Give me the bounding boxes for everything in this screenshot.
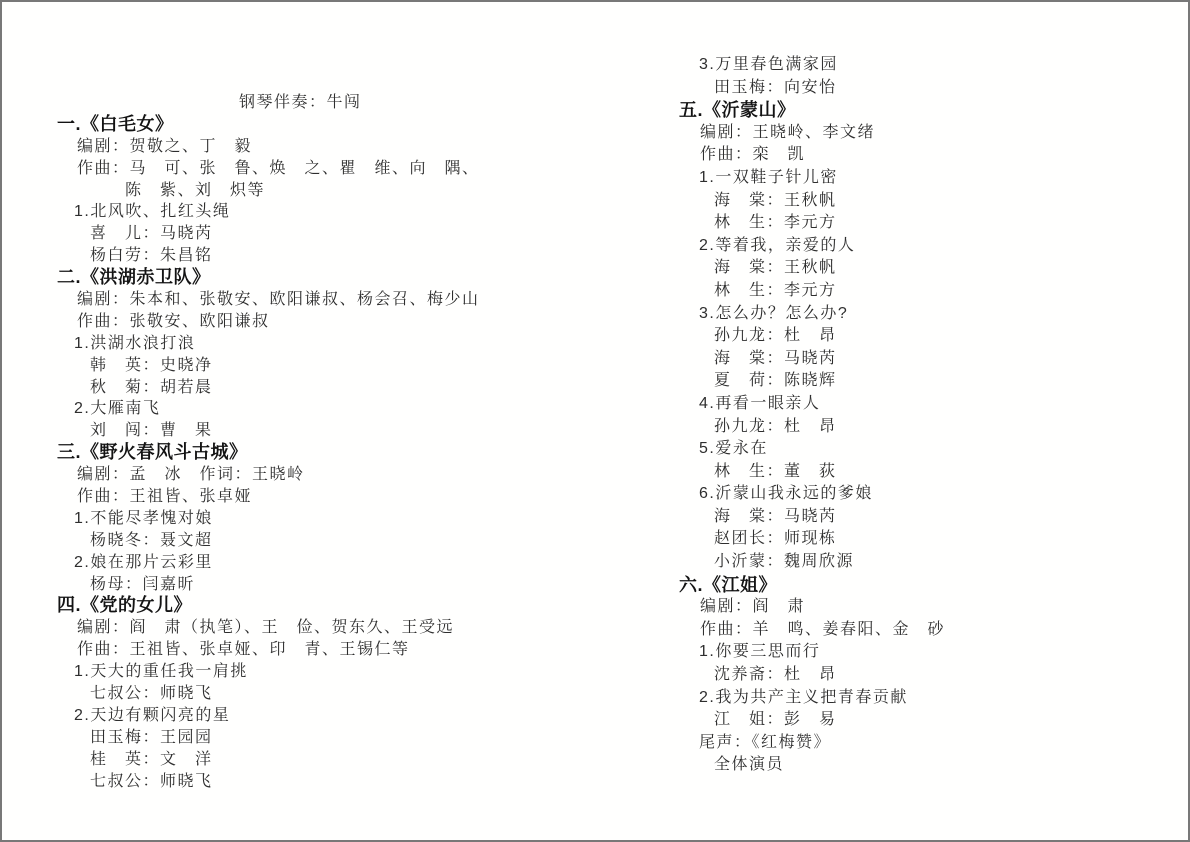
role-line: 海 棠：马晓芮 xyxy=(679,506,1159,529)
role-line: 喜 儿：马晓芮 xyxy=(57,223,637,245)
song-title-line: 6.沂蒙山我永远的爹娘 xyxy=(679,483,1159,506)
role-line: 田玉梅：向安怡 xyxy=(679,77,1159,100)
song-title-line: 2.天边有颗闪亮的星 xyxy=(57,705,637,727)
role-line: 杨母：闫嘉昕 xyxy=(57,574,637,596)
right-column: 3.万里春色满家园 田玉梅：向安怡 五.《沂蒙山》 编剧：王晓岭、李文绪 作曲：… xyxy=(679,54,1159,777)
credit-line: 编剧：阎 肃（执笔）、王 俭、贺东久、王受远 xyxy=(57,617,637,639)
role-line: 杨晓冬：聂文超 xyxy=(57,530,637,552)
role-line: 林 生：李元方 xyxy=(679,280,1159,303)
song-title-line: 2.大雁南飞 xyxy=(57,398,637,420)
song-title-line: 3.怎么办？怎么办? xyxy=(679,303,1159,326)
song-title-line: 3.万里春色满家园 xyxy=(679,54,1159,77)
role-line: 海 棠：马晓芮 xyxy=(679,348,1159,371)
song-title-line: 1.不能尽孝愧对娘 xyxy=(57,508,637,530)
role-line: 小沂蒙：魏周欣源 xyxy=(679,551,1159,574)
section-heading: 二.《洪湖赤卫队》 xyxy=(57,267,637,289)
role-line: 杨白劳：朱昌铭 xyxy=(57,245,637,267)
song-title-line: 4.再看一眼亲人 xyxy=(679,393,1159,416)
song-title-line: 2.等着我，亲爱的人 xyxy=(679,235,1159,258)
role-line: 沈养斋：杜 昂 xyxy=(679,664,1159,687)
role-line: 海 棠：王秋帆 xyxy=(679,257,1159,280)
credit-line: 作曲：马 可、张 鲁、焕 之、瞿 维、向 隅、 xyxy=(57,158,637,180)
credit-line: 作曲：羊 鸣、姜春阳、金 砂 xyxy=(679,619,1159,642)
credit-continuation-line: 陈 紫、刘 炽等 xyxy=(57,180,637,202)
credit-line: 编剧：孟 冰 作词：王晓岭 xyxy=(57,464,637,486)
credit-line: 作曲：王祖皆、张卓娅、印 青、王锡仁等 xyxy=(57,639,637,661)
role-line: 韩 英：史晓净 xyxy=(57,355,637,377)
section-heading: 四.《党的女儿》 xyxy=(57,595,637,617)
credit-line: 作曲：栾 凯 xyxy=(679,144,1159,167)
song-title-line: 1.一双鞋子针儿密 xyxy=(679,167,1159,190)
song-title-line: 5.爱永在 xyxy=(679,438,1159,461)
role-line: 林 生：董 荻 xyxy=(679,461,1159,484)
role-line: 田玉梅：王园园 xyxy=(57,727,637,749)
credit-line: 作曲：张敬安、欧阳谦叔 xyxy=(57,311,637,333)
role-line: 七叔公：师晓飞 xyxy=(57,771,637,793)
role-line: 海 棠：王秋帆 xyxy=(679,190,1159,213)
song-title-line: 1.你要三思而行 xyxy=(679,641,1159,664)
role-line: 赵团长：师现栋 xyxy=(679,528,1159,551)
song-title-line: 1.北风吹、扎红头绳 xyxy=(57,201,637,223)
role-line: 刘 闯：曹 果 xyxy=(57,420,637,442)
song-title-line: 1.天大的重任我一肩挑 xyxy=(57,661,637,683)
section-heading: 五.《沂蒙山》 xyxy=(679,99,1159,122)
left-column: 钢琴伴奏：牛闯 一.《白毛女》 编剧：贺敬之、丁 毅 作曲：马 可、张 鲁、焕 … xyxy=(57,92,637,793)
role-line: 桂 英：文 洋 xyxy=(57,749,637,771)
song-title-line: 2.娘在那片云彩里 xyxy=(57,552,637,574)
credit-line: 编剧：贺敬之、丁 毅 xyxy=(57,136,637,158)
section-heading: 一.《白毛女》 xyxy=(57,114,637,136)
coda-cast-line: 全体演员 xyxy=(679,754,1159,777)
credit-line: 编剧：阎 肃 xyxy=(679,596,1159,619)
role-line: 江 姐：彭 易 xyxy=(679,709,1159,732)
coda-line: 尾声：《红梅赞》 xyxy=(679,732,1159,755)
role-line: 夏 荷：陈晓辉 xyxy=(679,370,1159,393)
role-line: 林 生：李元方 xyxy=(679,212,1159,235)
role-line: 孙九龙：杜 昂 xyxy=(679,416,1159,439)
program-page: 钢琴伴奏：牛闯 一.《白毛女》 编剧：贺敬之、丁 毅 作曲：马 可、张 鲁、焕 … xyxy=(0,0,1190,842)
section-heading: 三.《野火春风斗古城》 xyxy=(57,442,637,464)
role-line: 秋 菊：胡若晨 xyxy=(57,377,637,399)
song-title-line: 1.洪湖水浪打浪 xyxy=(57,333,637,355)
song-title-line: 2.我为共产主义把青春贡献 xyxy=(679,687,1159,710)
credit-line: 编剧：王晓岭、李文绪 xyxy=(679,122,1159,145)
role-line: 孙九龙：杜 昂 xyxy=(679,325,1159,348)
role-line: 七叔公：师晓飞 xyxy=(57,683,637,705)
credit-line: 编剧：朱本和、张敬安、欧阳谦叔、杨会召、梅少山 xyxy=(57,289,637,311)
section-heading: 六.《江姐》 xyxy=(679,574,1159,597)
credit-line: 作曲：王祖皆、张卓娅 xyxy=(57,486,637,508)
accompanist-line: 钢琴伴奏：牛闯 xyxy=(57,92,637,114)
